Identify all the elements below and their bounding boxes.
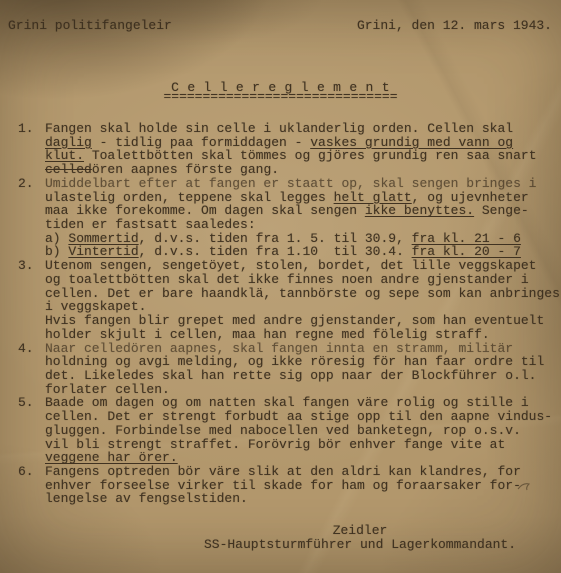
doc-line: holdning og avgi melding, og ikke röresi… — [45, 355, 555, 369]
doc-line: Fangen skal holde sin celle i uklanderli… — [45, 122, 555, 136]
doc-line: daglig - tidlig paa formiddagen - vaskes… — [45, 136, 555, 150]
text-segment: Senge- — [474, 203, 529, 218]
item-text: Fangens optreden bör väre slik at den al… — [45, 465, 555, 506]
item-number: 1. — [18, 122, 45, 177]
item-text: Fangen skal holde sin celle i uklanderli… — [45, 122, 555, 177]
title-underline: ============================== — [0, 90, 561, 104]
doc-line: ulastelig orden, teppene skal legges hel… — [45, 191, 555, 205]
title-block: C e l l e r e g l e m e n t ============… — [0, 81, 561, 103]
text-segment: Naar celledören aapnes, skal fangen innt… — [45, 341, 513, 356]
doc-line: holder skjult i cellen, maa han regne me… — [45, 328, 555, 342]
text-segment: lengelse av fengselstiden. — [45, 491, 248, 506]
item-number: 6. — [18, 465, 45, 506]
item-number: 3. — [18, 259, 45, 341]
signature-name: Zeidler — [180, 524, 540, 538]
regulation-item: 2.Umiddelbart efter at fangen er staatt … — [18, 177, 555, 259]
regulation-item: 1.Fangen skal holde sin celle i uklander… — [18, 122, 555, 177]
doc-line: det. Likeledes skal han rette sig opp na… — [45, 369, 555, 383]
underlined-text: ikke benyttes. — [365, 203, 474, 218]
item-text: Umiddelbart efter at fangen er staatt op… — [45, 177, 555, 259]
regulation-item: 5.Baade om dagen og om natten skal fange… — [18, 396, 555, 465]
doc-line: Utenom sengen, sengetöyet, stolen, borde… — [45, 259, 555, 273]
item-number: 5. — [18, 396, 45, 465]
doc-line: tiden er fastsatt saaledes: — [45, 218, 555, 232]
regulation-list: 1.Fangen skal holde sin celle i uklander… — [18, 122, 555, 506]
doc-line: Baade om dagen og om natten skal fangen … — [45, 396, 555, 410]
doc-line: veggene har örer. — [45, 451, 555, 465]
doc-line: klut. Toalettbötten skal tömmes og gjöre… — [45, 149, 555, 163]
doc-line: maa ikke forekomme. Om dagen skal sengen… — [45, 204, 555, 218]
signature-block: Zeidler SS-Hauptsturmführer und Lagerkom… — [180, 524, 540, 551]
doc-line: forlater cellen. — [45, 383, 555, 397]
doc-line: Fangens optreden bör väre slik at den al… — [45, 465, 555, 479]
signature-role: SS-Hauptsturmführer und Lagerkommandant. — [180, 538, 540, 552]
doc-line: Hvis fangen blir grepet med andre gjenst… — [45, 314, 555, 328]
item-text: Baade om dagen og om natten skal fangen … — [45, 396, 555, 465]
text-segment: Umiddelbart efter at fangen er staatt op… — [45, 176, 536, 191]
doc-line: vil bli strengt straffet. Forövrig bör e… — [45, 438, 555, 452]
regulation-item: 3.Utenom sengen, sengetöyet, stolen, bor… — [18, 259, 555, 341]
doc-line: Naar celledören aapnes, skal fangen innt… — [45, 342, 555, 356]
letterhead-date: Grini, den 12. mars 1943. — [357, 19, 552, 33]
doc-line: og toalettbötten skal det ikke finnes no… — [45, 273, 555, 287]
doc-line: i veggskapet. — [45, 300, 555, 314]
letterhead-org: Grini politifangeleir — [8, 19, 172, 33]
document-page: Grini politifangeleir Grini, den 12. mar… — [0, 0, 561, 573]
item-text: Naar celledören aapnes, skal fangen innt… — [45, 342, 555, 397]
doc-line: lengelse av fengselstiden. — [45, 492, 555, 506]
doc-line: a) Sommertid, d.v.s. tiden fra 1. 5. til… — [45, 232, 555, 246]
regulation-item: 6.Fangens optreden bör väre slik at den … — [18, 465, 555, 506]
doc-line: cellen. Det er strengt forbudt aa stige … — [45, 410, 555, 424]
item-number: 2. — [18, 177, 45, 259]
stray-ink-mark — [517, 481, 531, 493]
doc-line: gluggen. Forbindelse med nabocellen ved … — [45, 424, 555, 438]
doc-line: enhver forseelse virker til skade for ha… — [45, 479, 555, 493]
doc-line: celledören aapnes förste gang. — [45, 163, 555, 177]
item-text: Utenom sengen, sengetöyet, stolen, borde… — [45, 259, 555, 341]
doc-line: Umiddelbart efter at fangen er staatt op… — [45, 177, 555, 191]
doc-line: cellen. Det er bare haandklä, tannbörste… — [45, 287, 555, 301]
item-number: 4. — [18, 342, 45, 397]
regulation-item: 4.Naar celledören aapnes, skal fangen in… — [18, 342, 555, 397]
doc-line: b) Vintertid, d.v.s. tiden fra 1.10 til … — [45, 245, 555, 259]
